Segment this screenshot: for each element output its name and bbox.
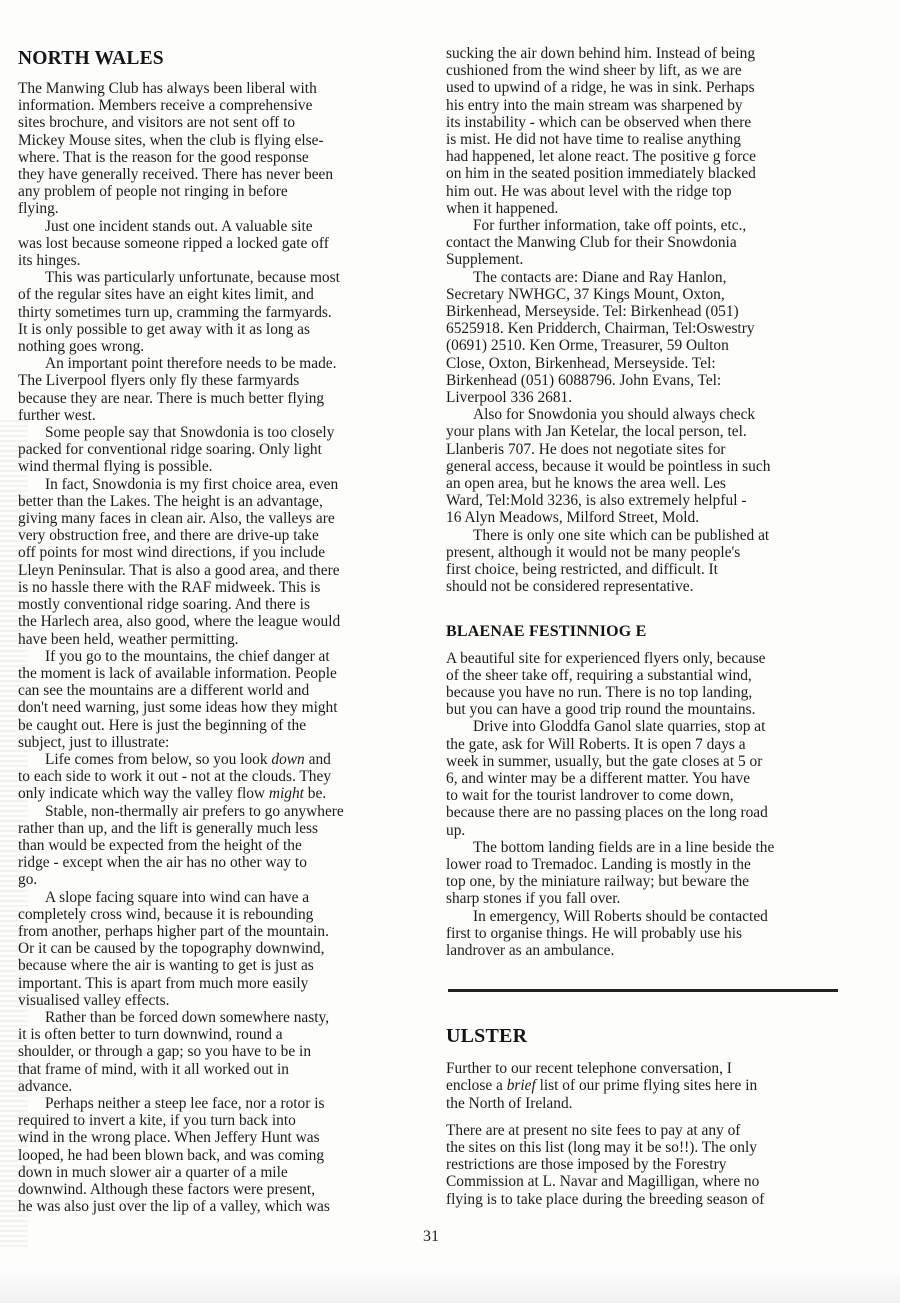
text-line: present, although it would not be many p…: [446, 544, 851, 561]
paragraph: There are at present no site fees to pay…: [446, 1122, 851, 1208]
document-page: NORTH WALES The Manwing Club has always …: [0, 0, 900, 1303]
text-line: Rather than be forced down somewhere nas…: [18, 1009, 418, 1026]
paragraph: This was particularly unfortunate, becau…: [18, 269, 418, 355]
text-line: There is only one site which can be publ…: [446, 527, 851, 544]
text-line: landrover as an ambulance.: [446, 942, 851, 959]
text-line: general access, because it would be poin…: [446, 458, 851, 475]
text-line: 6, and winter may be a different matter.…: [446, 770, 851, 787]
text-line: first choice, being restricted, and diff…: [446, 561, 851, 578]
paragraph: Further to our recent telephone conversa…: [446, 1060, 851, 1112]
text-line: A slope facing square into wind can have…: [18, 889, 418, 906]
text-line: Birkenhead (051) 6088796. John Evans, Te…: [446, 372, 851, 389]
text-line: any problem of people not ringing in bef…: [18, 183, 418, 200]
left-column: NORTH WALES The Manwing Club has always …: [18, 46, 418, 1215]
paragraph-gap: [446, 1112, 851, 1122]
right-column: sucking the air down behind him. Instead…: [446, 45, 851, 1208]
text-line: The Liverpool flyers only fly these farm…: [18, 372, 418, 389]
text-line: advance.: [18, 1078, 418, 1095]
text-line: sites brochure, and visitors are not sen…: [18, 114, 418, 131]
text-line: Lleyn Peninsular. That is also a good ar…: [18, 562, 418, 579]
paragraph: In emergency, Will Roberts should be con…: [446, 908, 851, 960]
text-line: from another, perhaps higher part of the…: [18, 923, 418, 940]
text-line: Close, Oxton, Birkenhead, Merseyside. Te…: [446, 355, 851, 372]
text-line: ridge - except when the air has no other…: [18, 854, 418, 871]
text-line: an open area, but he knows the area well…: [446, 475, 851, 492]
text-line: Llanberis 707. He does not negotiate sit…: [446, 441, 851, 458]
text-line: is no hassle there with the RAF midweek.…: [18, 579, 418, 596]
text-line: giving many faces in clean air. Also, th…: [18, 510, 418, 527]
text-line: because there are no passing places on t…: [446, 804, 851, 821]
text-line: further west.: [18, 407, 418, 424]
text-line: It is only possible to get away with it …: [18, 321, 418, 338]
text-line: Stable, non-thermally air prefers to go …: [18, 803, 418, 820]
text-line: sucking the air down behind him. Instead…: [446, 45, 851, 62]
blaenae-festinniog-body: A beautiful site for experienced flyers …: [446, 650, 851, 960]
page-number: 31: [423, 1228, 439, 1246]
text-line: used to upwind of a ridge, he was in sin…: [446, 79, 851, 96]
emphasis: brief: [507, 1077, 536, 1094]
text-line: Drive into Gloddfa Ganol slate quarries,…: [446, 718, 851, 735]
paragraph: The bottom landing fields are in a line …: [446, 839, 851, 908]
paragraph: Perhaps neither a steep lee face, nor a …: [18, 1095, 418, 1215]
section-heading-ulster: ULSTER: [446, 1024, 851, 1048]
text-line: the Harlech area, also good, where the l…: [18, 613, 418, 630]
text-line: required to invert a kite, if you turn b…: [18, 1112, 418, 1129]
text-line: Also for Snowdonia you should always che…: [446, 406, 851, 423]
text-line: flying is to take place during the breed…: [446, 1191, 851, 1208]
text-line: to wait for the tourist landrover to com…: [446, 787, 851, 804]
text-line: wind thermal flying is possible.: [18, 458, 418, 475]
text-line: your plans with Jan Ketelar, the local p…: [446, 423, 851, 440]
text-line: where. That is the reason for the good r…: [18, 149, 418, 166]
text-line: go.: [18, 871, 418, 888]
paragraph: In fact, Snowdonia is my first choice ar…: [18, 476, 418, 648]
text-line: A beautiful site for experienced flyers …: [446, 650, 851, 667]
text-line: they have generally received. There has …: [18, 166, 418, 183]
text-line: An important point therefore needs to be…: [18, 355, 418, 372]
text-line: Perhaps neither a steep lee face, nor a …: [18, 1095, 418, 1112]
text-line: of the regular sites have an eight kites…: [18, 286, 418, 303]
text-line: he was also just over the lip of a valle…: [18, 1198, 418, 1215]
text-line: looped, he had been blown back, and was …: [18, 1147, 418, 1164]
text-line: For further information, take off points…: [446, 217, 851, 234]
text-line: enclose a brief list of our prime flying…: [446, 1077, 851, 1094]
scan-bottom-edge: [0, 1273, 900, 1303]
text-line: important. This is apart from much more …: [18, 975, 418, 992]
spacer: [446, 992, 851, 1024]
text-line: lower road to Tremadoc. Landing is mostl…: [446, 856, 851, 873]
text-line: completely cross wind, because it is reb…: [18, 906, 418, 923]
text-line: to each side to work it out - not at the…: [18, 768, 418, 785]
text-line: on him in the seated position immediatel…: [446, 165, 851, 182]
text-line: better than the Lakes. The height is an …: [18, 493, 418, 510]
paragraph: Stable, non-thermally air prefers to go …: [18, 803, 418, 889]
text-line: Secretary NWHGC, 37 Kings Mount, Oxton,: [446, 286, 851, 303]
site-heading-blaenae-festinniog: BLAENAE FESTINNIOG E: [446, 622, 851, 642]
paragraph: Life comes from below, so you look down …: [18, 751, 418, 803]
text-line: nothing goes wrong.: [18, 338, 418, 355]
text-line: first to organise things. He will probab…: [446, 925, 851, 942]
text-line: his entry into the main stream was sharp…: [446, 97, 851, 114]
text-line: Commission at L. Navar and Magilligan, w…: [446, 1173, 851, 1190]
text-line: restrictions are those imposed by the Fo…: [446, 1156, 851, 1173]
emphasis: down: [271, 751, 304, 768]
paragraph: The contacts are: Diane and Ray Hanlon,S…: [446, 269, 851, 407]
emphasis: might: [269, 785, 304, 802]
text-line: Birkenhead, Merseyside. Tel: Birkenhead …: [446, 303, 851, 320]
text-line: down in much slower air a quarter of a m…: [18, 1164, 418, 1181]
text-line: The bottom landing fields are in a line …: [446, 839, 851, 856]
text-line: its instability - which can be observed …: [446, 114, 851, 131]
text-line: that frame of mind, with it all worked o…: [18, 1061, 418, 1078]
text-line: had happened, let alone react. The posit…: [446, 148, 851, 165]
text-line: can see the mountains are a different wo…: [18, 682, 418, 699]
text-line: the North of Ireland.: [446, 1095, 851, 1112]
paragraph: There is only one site which can be publ…: [446, 527, 851, 596]
text-line: There are at present no site fees to pay…: [446, 1122, 851, 1139]
paragraph: A beautiful site for experienced flyers …: [446, 650, 851, 719]
text-line: (0691) 2510. Ken Orme, Treasurer, 59 Oul…: [446, 337, 851, 354]
text-line: because you have no run. There is no top…: [446, 684, 851, 701]
text-line: cushioned from the wind sheer by lift, a…: [446, 62, 851, 79]
paragraph: For further information, take off points…: [446, 217, 851, 269]
text-line: In emergency, Will Roberts should be con…: [446, 908, 851, 925]
paragraph: A slope facing square into wind can have…: [18, 889, 418, 1009]
text-line: because where the air is wanting to get …: [18, 957, 418, 974]
text-line: Or it can be caused by the topography do…: [18, 940, 418, 957]
text-line: mostly conventional ridge soaring. And t…: [18, 596, 418, 613]
text-line: sharp stones if you fall over.: [446, 890, 851, 907]
paragraph: Rather than be forced down somewhere nas…: [18, 1009, 418, 1095]
text-line: packed for conventional ridge soaring. O…: [18, 441, 418, 458]
text-line: its hinges.: [18, 252, 418, 269]
text-line: flying.: [18, 200, 418, 217]
text-line: week in summer, usually, but the gate cl…: [446, 753, 851, 770]
text-line: thirty sometimes turn up, cramming the f…: [18, 304, 418, 321]
text-line: very obstruction free, and there are dri…: [18, 527, 418, 544]
section-heading-north-wales: NORTH WALES: [18, 48, 418, 70]
text-line: information. Members receive a comprehen…: [18, 97, 418, 114]
text-line: shoulder, or through a gap; so you have …: [18, 1043, 418, 1060]
text-line: wind in the wrong place. When Jeffery Hu…: [18, 1129, 418, 1146]
text-line: visualised valley effects.: [18, 992, 418, 1009]
text-line: Liverpool 336 2681.: [446, 389, 851, 406]
text-line: Further to our recent telephone conversa…: [446, 1060, 851, 1077]
text-line: subject, just to illustrate:: [18, 734, 418, 751]
text-line: have been held, weather permitting.: [18, 631, 418, 648]
north-wales-body: The Manwing Club has always been liberal…: [18, 80, 418, 1215]
text-line: don't need warning, just some ideas how …: [18, 699, 418, 716]
text-line: The contacts are: Diane and Ray Hanlon,: [446, 269, 851, 286]
text-line: Mickey Mouse sites, when the club is fly…: [18, 132, 418, 149]
text-line: than would be expected from the height o…: [18, 837, 418, 854]
ulster-body: Further to our recent telephone conversa…: [446, 1060, 851, 1208]
text-line: downwind. Although these factors were pr…: [18, 1181, 418, 1198]
text-line: 16 Alyn Meadows, Milford Street, Mold.: [446, 509, 851, 526]
text-line: should not be considered representative.: [446, 578, 851, 595]
text-line: the sites on this list (long may it be s…: [446, 1139, 851, 1156]
text-line: when it happened.: [446, 200, 851, 217]
text-line: off points for most wind directions, if …: [18, 544, 418, 561]
text-line: the gate, ask for Will Roberts. It is op…: [446, 736, 851, 753]
text-line: Just one incident stands out. A valuable…: [18, 218, 418, 235]
text-line: Ward, Tel:Mold 3236, is also extremely h…: [446, 492, 851, 509]
text-line: because they are near. There is much bet…: [18, 390, 418, 407]
text-line: rather than up, and the lift is generall…: [18, 820, 418, 837]
text-line: is mist. He did not have time to realise…: [446, 131, 851, 148]
text-line: only indicate which way the valley flow …: [18, 785, 418, 802]
north-wales-continuation: sucking the air down behind him. Instead…: [446, 45, 851, 596]
text-line: up.: [446, 822, 851, 839]
text-line: of the sheer take off, requiring a subst…: [446, 667, 851, 684]
text-line: This was particularly unfortunate, becau…: [18, 269, 418, 286]
text-line: Supplement.: [446, 251, 851, 268]
paragraph: Some people say that Snowdonia is too cl…: [18, 424, 418, 476]
paragraph: sucking the air down behind him. Instead…: [446, 45, 851, 217]
paragraph: Drive into Gloddfa Ganol slate quarries,…: [446, 718, 851, 838]
text-line: Some people say that Snowdonia is too cl…: [18, 424, 418, 441]
paragraph: An important point therefore needs to be…: [18, 355, 418, 424]
paragraph: If you go to the mountains, the chief da…: [18, 648, 418, 751]
text-line: Life comes from below, so you look down …: [18, 751, 418, 768]
text-line: be caught out. Here is just the beginnin…: [18, 717, 418, 734]
paragraph: Just one incident stands out. A valuable…: [18, 218, 418, 270]
text-line: top one, by the miniature railway; but b…: [446, 873, 851, 890]
text-line: The Manwing Club has always been liberal…: [18, 80, 418, 97]
text-line: In fact, Snowdonia is my first choice ar…: [18, 476, 418, 493]
text-line: contact the Manwing Club for their Snowd…: [446, 234, 851, 251]
text-line: the moment is lack of available informat…: [18, 665, 418, 682]
paragraph: Also for Snowdonia you should always che…: [446, 406, 851, 526]
text-line: it is often better to turn downwind, rou…: [18, 1026, 418, 1043]
text-line: was lost because someone ripped a locked…: [18, 235, 418, 252]
text-line: him out. He was about level with the rid…: [446, 183, 851, 200]
paragraph: The Manwing Club has always been liberal…: [18, 80, 418, 218]
text-line: but you can have a good trip round the m…: [446, 701, 851, 718]
text-line: If you go to the mountains, the chief da…: [18, 648, 418, 665]
text-line: 6525918. Ken Pridderch, Chairman, Tel:Os…: [446, 320, 851, 337]
